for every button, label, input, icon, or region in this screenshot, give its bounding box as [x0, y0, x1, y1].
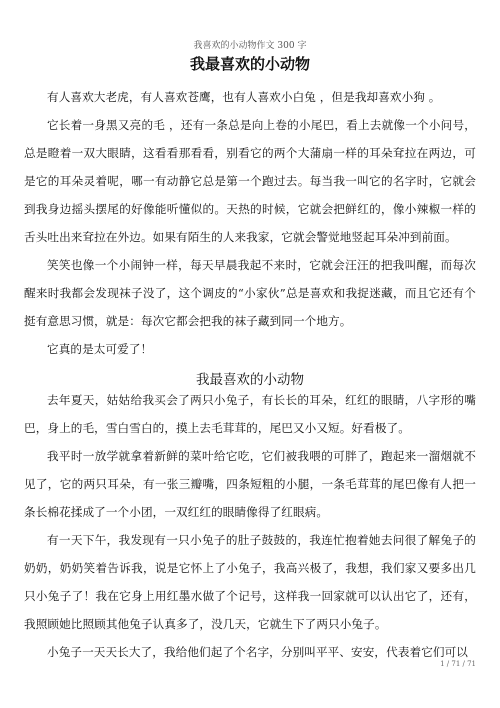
section-title: 我最喜欢的小动物 — [0, 53, 500, 74]
paragraph: 有人喜欢大老虎，有人喜欢苍鹰，也有人喜欢小白兔 ，但是我却喜欢小狗 。 — [24, 83, 476, 111]
section-body: 去年夏天，姑姑给我买会了两只小兔子，有长长的耳朵，红红的眼睛，八字形的嘴巴，身上… — [24, 386, 476, 666]
paragraph: 去年夏天，姑姑给我买会了两只小兔子，有长长的耳朵，红红的眼睛，八字形的嘴巴，身上… — [24, 386, 476, 442]
paragraph: 小兔子一天天长大了，我给他们起了个名字，分别叫平平、安安，代表着它们可以 — [24, 638, 476, 666]
page-number: 1 / 71 / 71 — [440, 660, 476, 668]
document-page: 我喜欢的小动物作文 300 字 我最喜欢的小动物 有人喜欢大老虎，有人喜欢苍鹰，… — [0, 0, 500, 708]
paragraph: 它长着一身黑又亮的毛 ，还有一条总是向上卷的小尾巴，看上去就像一个小问号，总是瞪… — [24, 111, 476, 251]
section-title: 我最喜欢的小动物 — [0, 368, 500, 388]
paragraph: 我平时一放学就拿着新鲜的菜叶给它吃，它们被我喂的可胖了，跑起来一溜烟就不见了，它… — [24, 442, 476, 526]
paragraph: 笑笑也像一个小闹钟一样，每天早晨我起不来时，它就会汪汪的把我叫醒，而每次醒来时我… — [24, 251, 476, 335]
page-header: 我喜欢的小动物作文 300 字 — [0, 38, 500, 51]
paragraph: 有一天下午，我发现有一只小兔子的肚子鼓鼓的，我连忙抱着她去问很了解兔子的奶奶，奶… — [24, 526, 476, 638]
paragraph: 它真的是太可爱了！ — [24, 335, 476, 363]
section-body: 有人喜欢大老虎，有人喜欢苍鹰，也有人喜欢小白兔 ，但是我却喜欢小狗 。 它长着一… — [24, 83, 476, 363]
